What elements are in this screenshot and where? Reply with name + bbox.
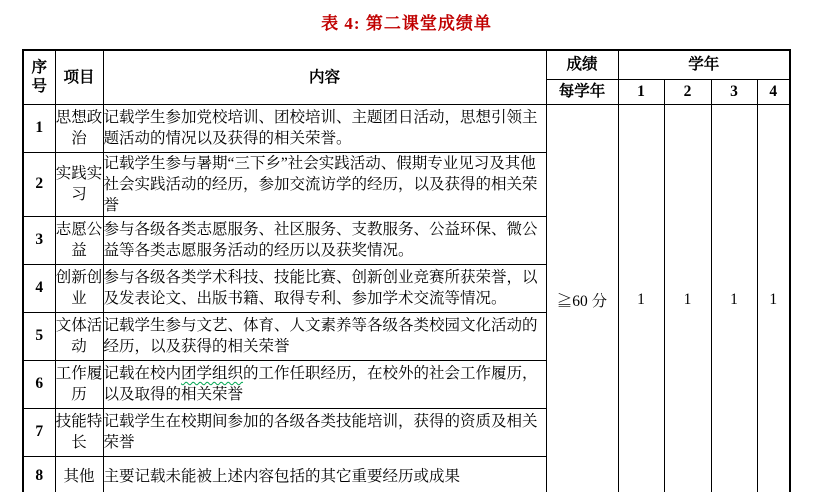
col-header-grade: 成绩	[546, 50, 618, 79]
row-content: 记载学生参与暑期“三下乡”社会实践活动、假期专业见习及其他社会实践活动的经历，参…	[103, 152, 546, 216]
row-number: 8	[23, 456, 55, 492]
col-header-year-4: 4	[757, 79, 790, 104]
row-item: 其他	[55, 456, 103, 492]
year-value-1: 1	[618, 104, 664, 492]
row-content: 参与各级各类志愿服务、社区服务、支教服务、公益环保、微公益等各类志愿服务活动的经…	[103, 216, 546, 264]
row-item: 创新创业	[55, 264, 103, 312]
row-content: 记载学生参与文艺、体育、人文素养等各级各类校园文化活动的经历，以及获得的相关荣誉	[103, 312, 546, 360]
year-value-2: 1	[664, 104, 711, 492]
row-content: 主要记载未能被上述内容包括的其它重要经历或成果	[103, 456, 546, 492]
row-content: 记载学生参加党校培训、团校培训、主题团日活动，思想引领主题活动的情况以及获得的相…	[103, 104, 546, 152]
row-content: 记载学生在校期间参加的各级各类技能培训，获得的资质及相关荣誉	[103, 408, 546, 456]
col-header-index: 序号	[23, 50, 55, 104]
year-value-3: 1	[711, 104, 757, 492]
row-content: 记载在校内团学组织的工作任职经历，在校外的社会工作履历，以及取得的相关荣誉	[103, 360, 546, 408]
grammar-squiggle-text: 团学组织	[181, 365, 243, 382]
row-item: 实践实习	[55, 152, 103, 216]
second-classroom-score-table: 序号 项目 内容 成绩 学年 每学年 1 2 3 4 1 思想政治 记载学生参加…	[22, 49, 791, 492]
col-header-year-2: 2	[664, 79, 711, 104]
row-item: 思想政治	[55, 104, 103, 152]
row-item: 文体活动	[55, 312, 103, 360]
header-row-1: 序号 项目 内容 成绩 学年	[23, 50, 790, 79]
row-number: 3	[23, 216, 55, 264]
document-title: 表 4: 第二课堂成绩单	[0, 0, 813, 34]
row-number: 6	[23, 360, 55, 408]
table-row: 1 思想政治 记载学生参加党校培训、团校培训、主题团日活动，思想引领主题活动的情…	[23, 104, 790, 152]
row-content-text: 记载在校内	[104, 365, 182, 382]
col-header-year-3: 3	[711, 79, 757, 104]
row-number: 4	[23, 264, 55, 312]
col-header-year-1: 1	[618, 79, 664, 104]
grade-value: ≧60 分	[546, 104, 618, 492]
year-value-4: 1	[757, 104, 790, 492]
col-header-grade-per-year: 每学年	[546, 79, 618, 104]
col-header-item: 项目	[55, 50, 103, 104]
row-item: 技能特长	[55, 408, 103, 456]
col-header-year: 学年	[618, 50, 790, 79]
row-number: 2	[23, 152, 55, 216]
row-item: 志愿公益	[55, 216, 103, 264]
col-header-content: 内容	[103, 50, 546, 104]
row-item: 工作履历	[55, 360, 103, 408]
row-number: 7	[23, 408, 55, 456]
row-number: 5	[23, 312, 55, 360]
row-content: 参与各级各类学术科技、技能比赛、创新创业竞赛所获荣誉，以及发表论文、出版书籍、取…	[103, 264, 546, 312]
row-number: 1	[23, 104, 55, 152]
